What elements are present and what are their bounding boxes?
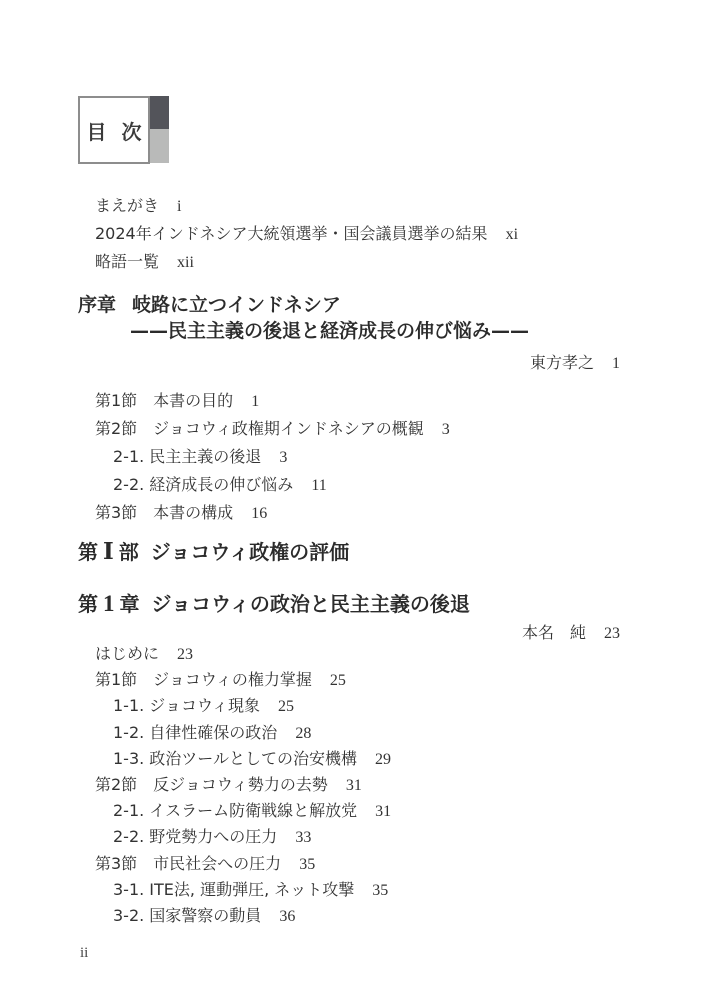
- toc-entry-page: 3: [279, 444, 287, 471]
- toc-header: 目 次: [78, 96, 169, 164]
- chapter-numeral: 1: [103, 591, 115, 617]
- toc-entry-label: 第2節 反ジョコウィ勢力の去勢: [95, 772, 328, 797]
- toc-entry: 第2節 ジョコウィ政権期インドネシアの概観 3: [95, 415, 450, 443]
- toc-page: 目 次 まえがき i 2024年インドネシア大統領選挙・国会議員選挙の結果 xi…: [0, 0, 707, 1005]
- toc-entry: 1-1. ジョコウィ現象 25: [95, 693, 391, 719]
- toc-entry: 3-1. ITE法, 運動弾圧, ネット攻撃 35: [95, 877, 391, 903]
- chapter1-section-list: はじめに 23 第1節 ジョコウィの権力掌握 25 1-1. ジョコウィ現象 2…: [95, 641, 391, 929]
- frontmatter-list: まえがき i 2024年インドネシア大統領選挙・国会議員選挙の結果 xi 略語一…: [95, 192, 518, 276]
- chapter-prefix: 第: [78, 588, 98, 617]
- toc-entry-page: 31: [375, 799, 391, 824]
- part-suffix: 部: [119, 536, 139, 565]
- decorative-strip: [149, 96, 169, 163]
- toc-entry-label: はじめに: [95, 641, 159, 666]
- part-numeral: Ⅰ: [103, 538, 114, 565]
- toc-entry-page: 3: [442, 416, 450, 443]
- toc-entry: まえがき i: [95, 192, 518, 220]
- intro-chapter-subtitle: ——民主主義の後退と経済成長の伸び悩み——: [130, 318, 529, 344]
- toc-entry-page: 35: [299, 852, 315, 877]
- strip-dark-square: [149, 96, 169, 129]
- part-prefix: 第: [78, 536, 98, 565]
- toc-entry-page: 29: [375, 747, 391, 772]
- strip-light-square: [149, 129, 169, 163]
- toc-entry-label: 3-1. ITE法, 運動弾圧, ネット攻撃: [113, 877, 354, 902]
- intro-chapter-number: 序章: [78, 294, 116, 316]
- toc-entry-page: 16: [251, 500, 267, 527]
- toc-entry-page: xi: [506, 221, 518, 248]
- toc-entry-label: 第3節 市民社会への圧力: [95, 851, 281, 876]
- toc-entry: 2024年インドネシア大統領選挙・国会議員選挙の結果 xi: [95, 220, 518, 248]
- toc-entry-page: 35: [372, 878, 388, 903]
- toc-entry-label: 1-3. 政治ツールとしての治安機構: [113, 746, 357, 771]
- toc-entry-label: 2024年インドネシア大統領選挙・国会議員選挙の結果: [95, 220, 488, 247]
- toc-entry-label: 3-2. 国家警察の動員: [113, 903, 261, 928]
- toc-entry-label: 略語一覧: [95, 248, 159, 275]
- intro-chapter-title-line: 序章岐路に立つインドネシア: [78, 292, 529, 318]
- author-page: 1: [612, 355, 620, 373]
- chapter-title: ジョコウィの政治と民主主義の後退: [152, 588, 470, 617]
- author-name: 東方孝之: [530, 350, 594, 373]
- toc-entry-page: 11: [311, 472, 326, 499]
- toc-entry-page: 25: [278, 694, 294, 719]
- intro-section-list: 第1節 本書の目的 1 第2節 ジョコウィ政権期インドネシアの概観 3 2-1.…: [95, 387, 450, 527]
- toc-entry: 第1節 ジョコウィの権力掌握 25: [95, 667, 391, 693]
- toc-entry-page: 1: [251, 388, 259, 415]
- toc-entry: 3-2. 国家警察の動員 36: [95, 903, 391, 929]
- toc-entry-page: xii: [177, 249, 194, 276]
- toc-entry-page: 36: [279, 904, 295, 929]
- toc-entry-page: 28: [295, 721, 311, 746]
- toc-entry-label: 1-1. ジョコウィ現象: [113, 693, 260, 718]
- toc-entry-label: 第1節 本書の目的: [95, 387, 233, 414]
- toc-entry: 2-2. 野党勢力への圧力 33: [95, 824, 391, 850]
- toc-entry: 1-2. 自律性確保の政治 28: [95, 720, 391, 746]
- toc-entry-page: 31: [346, 773, 362, 798]
- intro-chapter-heading: 序章岐路に立つインドネシア ——民主主義の後退と経済成長の伸び悩み——: [78, 292, 529, 344]
- folio-page-number: ii: [80, 945, 88, 962]
- toc-entry-label: 第2節 ジョコウィ政権期インドネシアの概観: [95, 415, 424, 442]
- chapter-suffix: 章: [120, 588, 140, 617]
- toc-entry-label: 2-2. 野党勢力への圧力: [113, 824, 277, 849]
- toc-entry: 2-2. 経済成長の伸び悩み 11: [95, 471, 450, 499]
- intro-chapter-title: 岐路に立つインドネシア: [132, 294, 341, 316]
- toc-entry-label: 2-2. 経済成長の伸び悩み: [113, 471, 293, 498]
- toc-entry: 1-3. 政治ツールとしての治安機構 29: [95, 746, 391, 772]
- toc-entry-page: 23: [177, 642, 193, 667]
- chapter1-heading: 第 1 章 ジョコウィの政治と民主主義の後退: [78, 588, 470, 617]
- toc-entry-page: 33: [295, 825, 311, 850]
- toc-entry: 第3節 本書の構成 16: [95, 499, 450, 527]
- toc-entry-label: 2-1. イスラーム防衛戦線と解放党: [113, 798, 357, 823]
- toc-entry: 第2節 反ジョコウィ勢力の去勢 31: [95, 772, 391, 798]
- toc-entry: はじめに 23: [95, 641, 391, 667]
- chapter1-author-line: 本名 純 23: [522, 620, 620, 643]
- toc-entry: 2-1. 民主主義の後退 3: [95, 443, 450, 471]
- toc-entry-label: 第1節 ジョコウィの権力掌握: [95, 667, 312, 692]
- toc-entry: 略語一覧 xii: [95, 248, 518, 276]
- toc-entry-page: 25: [330, 668, 346, 693]
- author-page: 23: [604, 625, 620, 643]
- page-title: 目 次: [83, 116, 146, 145]
- part-title: ジョコウィ政権の評価: [151, 536, 349, 565]
- author-name: 本名 純: [522, 620, 586, 643]
- toc-entry: 2-1. イスラーム防衛戦線と解放党 31: [95, 798, 391, 824]
- toc-entry: 第3節 市民社会への圧力 35: [95, 851, 391, 877]
- part1-heading: 第 Ⅰ 部 ジョコウィ政権の評価: [78, 536, 349, 565]
- toc-entry-label: 2-1. 民主主義の後退: [113, 443, 261, 470]
- toc-entry-page: i: [177, 193, 181, 220]
- toc-entry-label: 1-2. 自律性確保の政治: [113, 720, 277, 745]
- toc-entry: 第1節 本書の目的 1: [95, 387, 450, 415]
- intro-author-line: 東方孝之 1: [530, 350, 620, 373]
- toc-entry-label: まえがき: [95, 192, 159, 219]
- toc-entry-label: 第3節 本書の構成: [95, 499, 233, 526]
- toc-title-box: 目 次: [78, 96, 150, 164]
